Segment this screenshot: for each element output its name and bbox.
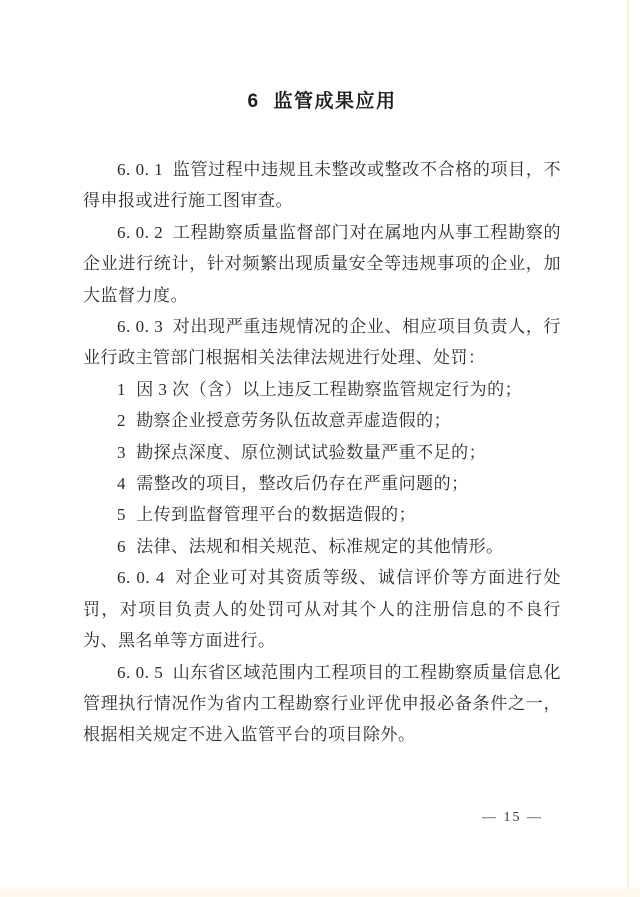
- item-number: 2: [117, 411, 126, 430]
- page-number: — 15 —: [482, 810, 543, 826]
- clause-label: 6. 0. 2: [117, 223, 163, 242]
- section-heading: 6监管成果应用: [83, 0, 561, 114]
- item-text: 勘探点深度、原位测试试验数量严重不足的；: [136, 443, 486, 462]
- item-text: 勘察企业授意劳务队伍故意弄虚造假的；: [136, 411, 451, 430]
- clause-6-0-3: 6. 0. 3对出现严重违规情况的企业、相应项目负责人，行业行政主管部门根据相关…: [83, 311, 561, 374]
- page-content: 6监管成果应用 6. 0. 1监管过程中违规且未整改或整改不合格的项目，不得申报…: [83, 0, 561, 751]
- item-text: 需整改的项目，整改后仍存在严重问题的；: [136, 474, 469, 493]
- list-item-1: 1因 3 次（含）以上违反工程勘察监管规定行为的；: [83, 374, 561, 405]
- item-number: 5: [117, 505, 126, 524]
- clause-label: 6. 0. 1: [117, 160, 163, 179]
- clause-6-0-1: 6. 0. 1监管过程中违规且未整改或整改不合格的项目，不得申报或进行施工图审查…: [83, 154, 561, 217]
- list-item-2: 2勘察企业授意劳务队伍故意弄虚造假的；: [83, 405, 561, 436]
- list-item-3: 3勘探点深度、原位测试试验数量严重不足的；: [83, 437, 561, 468]
- item-number: 3: [117, 443, 126, 462]
- clause-6-0-5: 6. 0. 5山东省区域范围内工程项目的工程勘察质量信息化管理执行情况作为省内工…: [83, 657, 561, 751]
- clause-6-0-4: 6. 0. 4对企业可对其资质等级、诚信评价等方面进行处罚，对项目负责人的处罚可…: [83, 562, 561, 656]
- clause-label: 6. 0. 5: [117, 663, 163, 682]
- body-text: 6. 0. 1监管过程中违规且未整改或整改不合格的项目，不得申报或进行施工图审查…: [83, 154, 561, 751]
- clause-label: 6. 0. 3: [117, 317, 163, 336]
- item-text: 上传到监督管理平台的数据造假的；: [136, 505, 416, 524]
- item-number: 6: [117, 537, 126, 556]
- item-number: 1: [117, 380, 126, 399]
- item-number: 4: [117, 474, 126, 493]
- scan-artifact-bottom-strip: [0, 888, 640, 897]
- clause-6-0-2: 6. 0. 2工程勘察质量监督部门对在属地内从事工程勘察的企业进行统计，针对频繁…: [83, 217, 561, 311]
- document-page: 6监管成果应用 6. 0. 1监管过程中违规且未整改或整改不合格的项目，不得申报…: [0, 0, 640, 897]
- list-item-4: 4需整改的项目，整改后仍存在严重问题的；: [83, 468, 561, 499]
- section-title: 监管成果应用: [274, 91, 397, 112]
- item-text: 法律、法规和相关规范、标准规定的其他情形。: [136, 537, 504, 556]
- clause-label: 6. 0. 4: [117, 568, 165, 587]
- section-number: 6: [247, 91, 259, 112]
- item-text: 因 3 次（含）以上违反工程勘察监管规定行为的；: [136, 380, 522, 399]
- list-item-5: 5上传到监督管理平台的数据造假的；: [83, 499, 561, 530]
- list-item-6: 6法律、法规和相关规范、标准规定的其他情形。: [83, 531, 561, 562]
- scan-artifact-right-line: [627, 0, 629, 897]
